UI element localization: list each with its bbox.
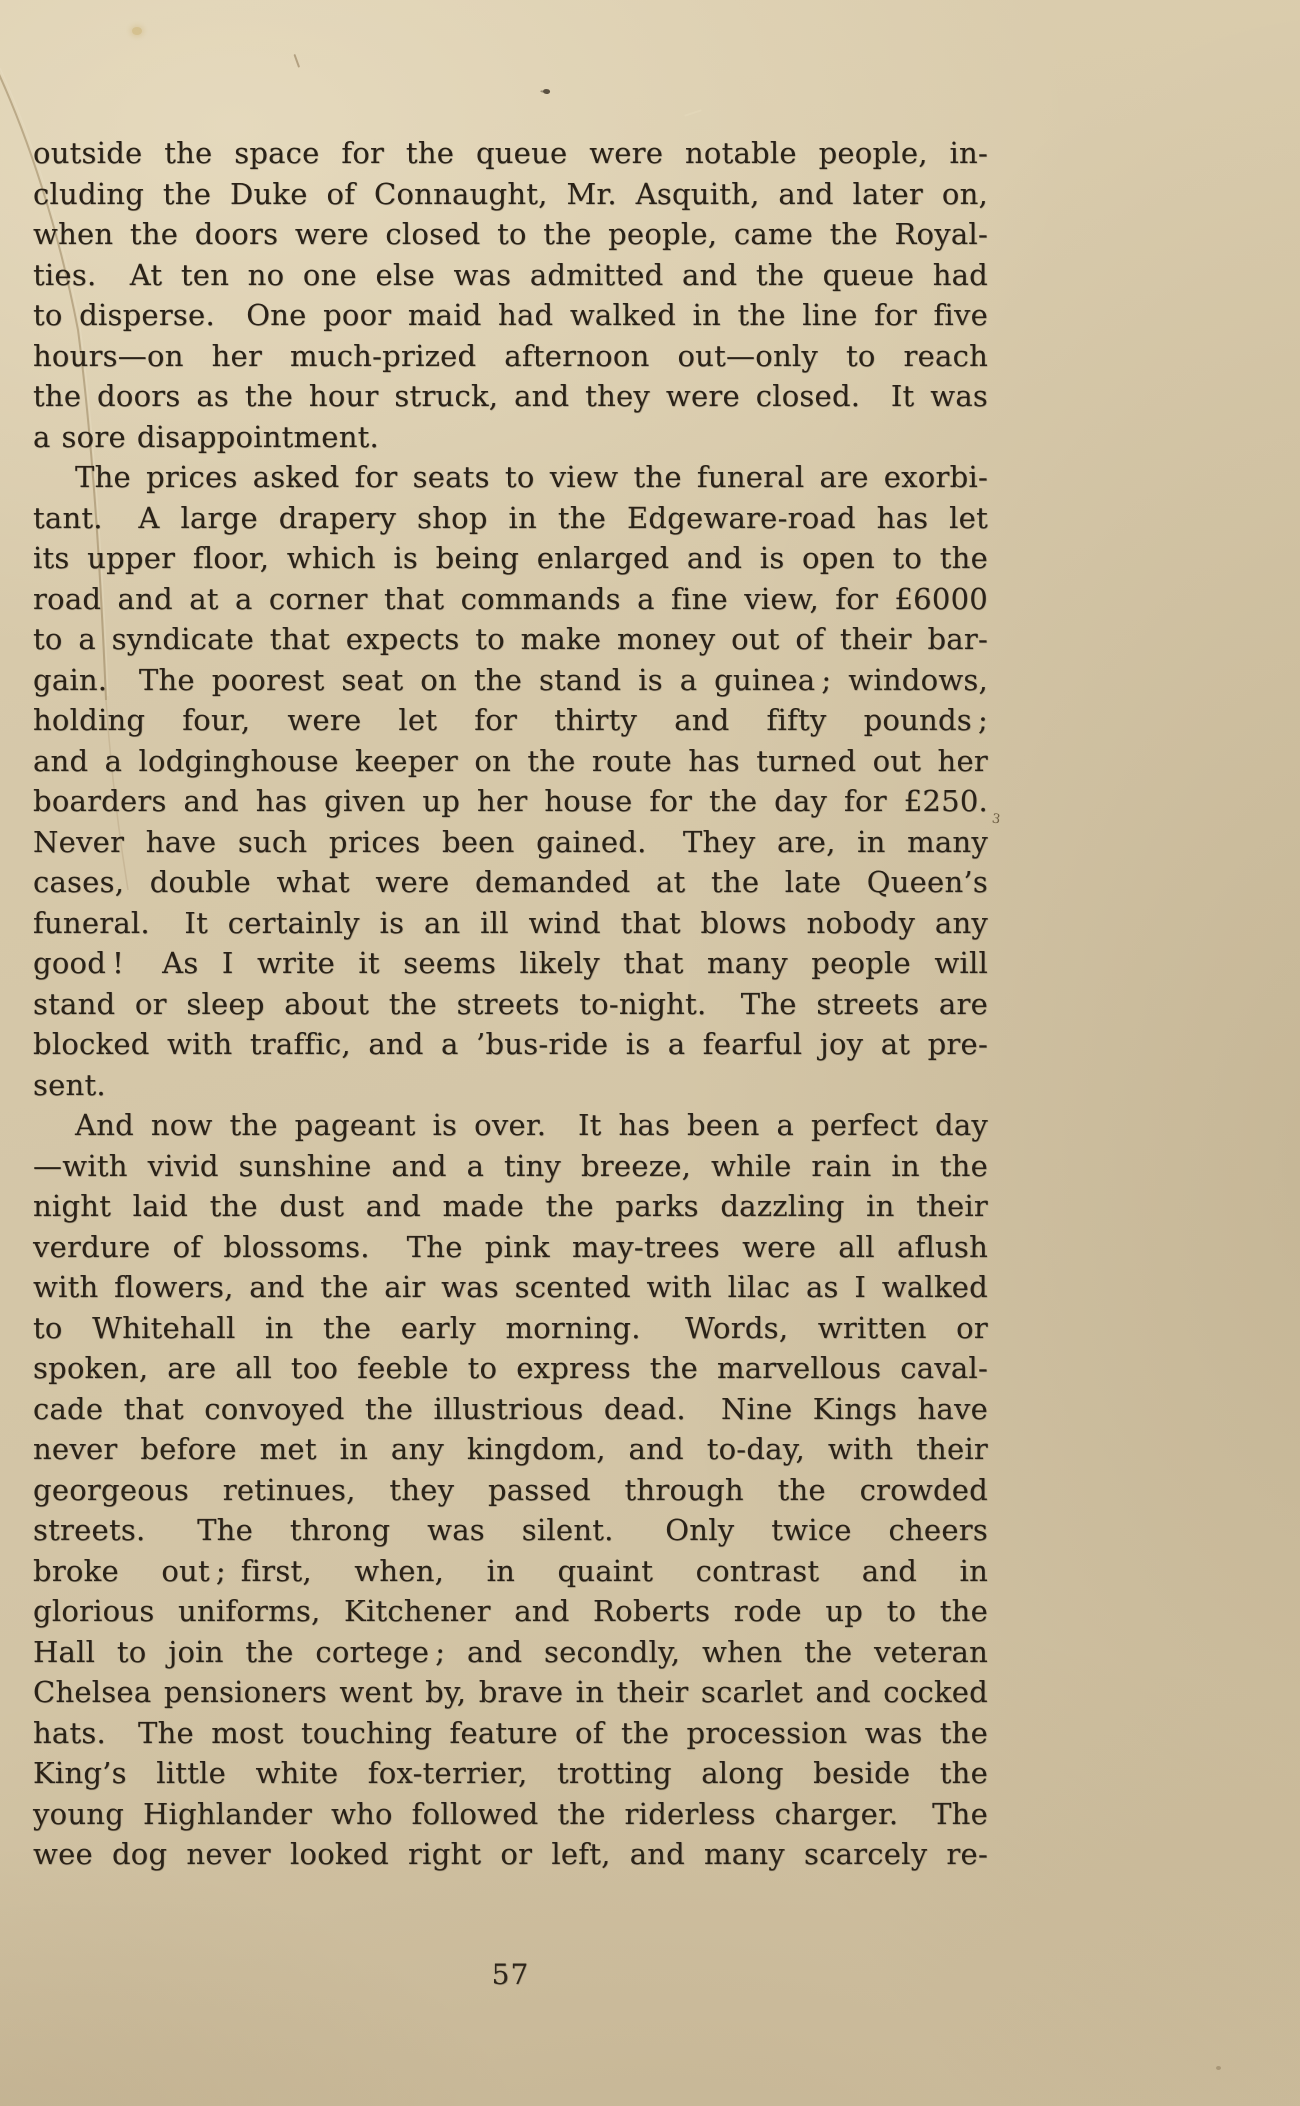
text-line: streets. The throng was silent. Only twi…: [33, 1510, 988, 1551]
text-line: The prices asked for seats to view the f…: [33, 457, 988, 498]
text-line: when the doors were closed to the people…: [33, 214, 988, 255]
text-line: to disperse. One poor maid had walked in…: [33, 295, 988, 336]
text-line: broke out ; first, when, in quaint contr…: [33, 1551, 988, 1592]
text-line: King’s little white fox-terrier, trottin…: [33, 1753, 988, 1794]
page-text: outside the space for the queue were not…: [33, 133, 988, 1875]
text-line: night laid the dust and made the parks d…: [33, 1186, 988, 1227]
stain-speck: [132, 27, 142, 35]
ink-speck: [542, 88, 550, 95]
text-line: cade that convoyed the illustrious dead.…: [33, 1389, 988, 1430]
text-line: with flowers, and the air was scented wi…: [33, 1267, 988, 1308]
page-number: 57: [33, 1958, 988, 1991]
text-line: outside the space for the queue were not…: [33, 133, 988, 174]
text-line: —with vivid sunshine and a tiny breeze, …: [33, 1146, 988, 1187]
margin-mark: 3: [991, 811, 1001, 827]
text-line: georgeous retinues, they passed through …: [33, 1470, 988, 1511]
text-line: never before met in any kingdom, and to-…: [33, 1429, 988, 1470]
text-line: cluding the Duke of Connaught, Mr. Asqui…: [33, 174, 988, 215]
text-line: And now the pageant is over. It has been…: [33, 1105, 988, 1146]
paper-fiber: [294, 54, 300, 68]
text-line: hours—on her much-prized afternoon out—o…: [33, 336, 988, 377]
text-line: road and at a corner that commands a fin…: [33, 579, 988, 620]
text-line: wee dog never looked right or left, and …: [33, 1834, 988, 1875]
text-line: spoken, are all too feeble to express th…: [33, 1348, 988, 1389]
paper-fiber: [684, 109, 702, 116]
text-line: its upper floor, which is being enlarged…: [33, 538, 988, 579]
dust-speck: [1216, 2066, 1221, 2070]
text-line: young Highlander who followed the riderl…: [33, 1794, 988, 1835]
text-line: glorious uniforms, Kitchener and Roberts…: [33, 1591, 988, 1632]
book-page: 3 outside the space for the queue were n…: [0, 0, 1300, 2106]
text-line: holding four, were let for thirty and fi…: [33, 700, 988, 741]
text-line: hats. The most touching feature of the p…: [33, 1713, 988, 1754]
text-line: blocked with traffic, and a ’bus-ride is…: [33, 1024, 988, 1065]
text-line: funeral. It certainly is an ill wind tha…: [33, 903, 988, 944]
text-line: gain. The poorest seat on the stand is a…: [33, 660, 988, 701]
text-line: good ! As I write it seems likely that m…: [33, 943, 988, 984]
text-line: tant. A large drapery shop in the Edgewa…: [33, 498, 988, 539]
text-line: Never have such prices been gained. They…: [33, 822, 988, 863]
text-line: and a lodginghouse keeper on the route h…: [33, 741, 988, 782]
text-line: Hall to join the cortege ; and secondly,…: [33, 1632, 988, 1673]
text-line: to a syndicate that expects to make mone…: [33, 619, 988, 660]
text-line: verdure of blossoms. The pink may-trees …: [33, 1227, 988, 1268]
text-line: a sore disappointment.: [33, 417, 988, 458]
text-line: boarders and has given up her house for …: [33, 781, 988, 822]
text-line: ties. At ten no one else was admitted an…: [33, 255, 988, 296]
text-line: to Whitehall in the early morning. Words…: [33, 1308, 988, 1349]
text-line: cases, double what were demanded at the …: [33, 862, 988, 903]
text-line: stand or sleep about the streets to-nigh…: [33, 984, 988, 1025]
text-line: Chelsea pensioners went by, brave in the…: [33, 1672, 988, 1713]
text-line: sent.: [33, 1065, 988, 1106]
text-line: the doors as the hour struck, and they w…: [33, 376, 988, 417]
